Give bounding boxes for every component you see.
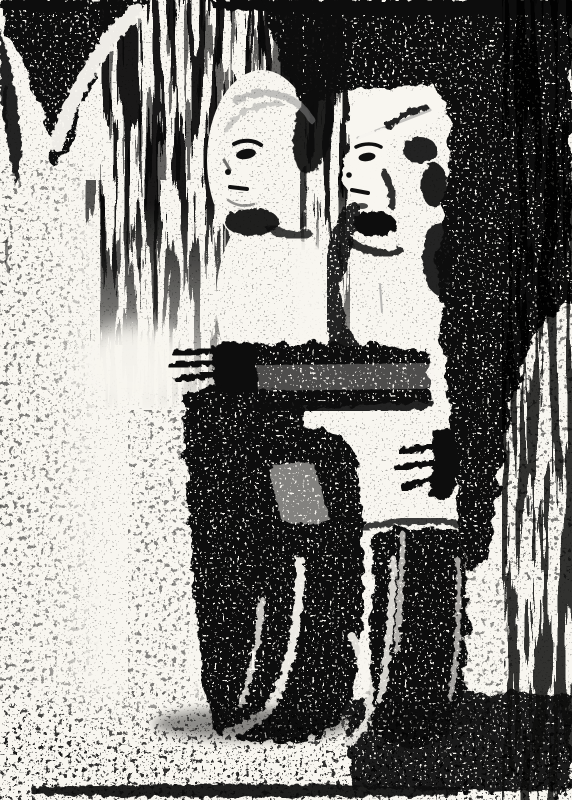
neck-strand-front-girl <box>301 170 305 226</box>
wall-hatching-left-spur <box>85 180 160 345</box>
hair-curl <box>403 137 437 163</box>
hair-back <box>421 163 447 207</box>
nostril-front <box>225 169 231 175</box>
illustration-canvas: Plate illustration: two girls in profile <box>0 0 572 800</box>
ground <box>0 680 572 800</box>
plate-illustration: Plate illustration: two girls in profile <box>0 0 572 800</box>
chin-shade-behind <box>356 203 368 209</box>
hair-back-band <box>423 222 453 294</box>
leg-scratch-mark: 1 <box>245 647 262 677</box>
bottom-border <box>30 784 458 797</box>
mouth-front <box>230 187 247 189</box>
neck-shadow-behind <box>354 211 396 237</box>
skirt-edge-speckle <box>128 410 190 700</box>
nostril-behind <box>346 172 352 178</box>
